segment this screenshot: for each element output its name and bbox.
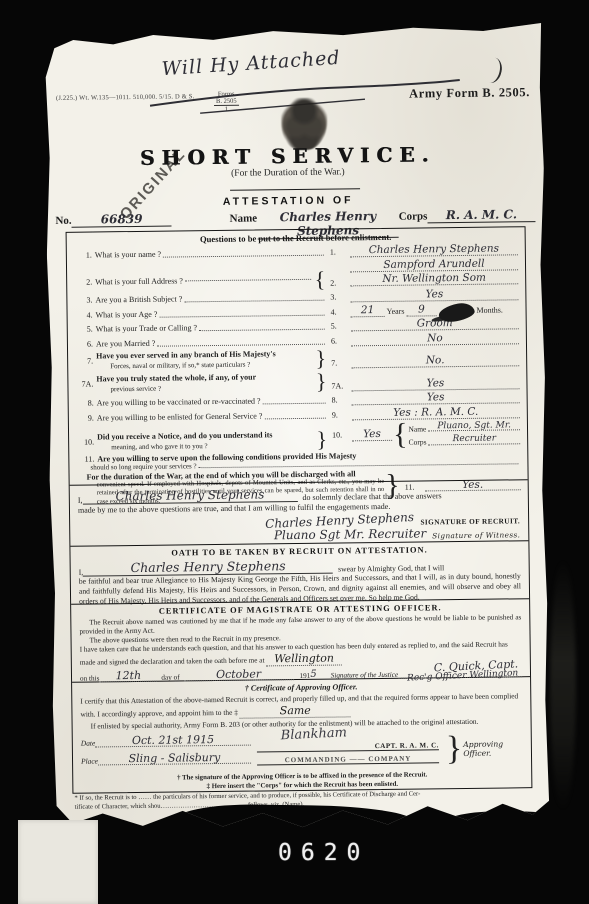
date-place-signature-grid: DateOct. 21st 1915 PlaceSling - Salisbur… <box>81 730 523 771</box>
divider-rule <box>230 188 360 191</box>
question-text: Are you willing to be vaccinated or re-v… <box>97 396 261 408</box>
question-text: Are you willing to be enlisted for Gener… <box>97 411 263 423</box>
declaration-text-1: do solemnly declare that the above answe… <box>297 491 441 502</box>
dotted-leader <box>263 401 326 405</box>
answer-number: 3. <box>326 292 350 302</box>
dotted-leader <box>199 327 325 332</box>
oath-section: OATH TO BE TAKEN BY RECRUIT ON ATTESTATI… <box>70 541 529 605</box>
question-text: What is your full Address ? <box>95 276 183 287</box>
answer-number: 7A. <box>327 381 351 391</box>
question-number: 7. <box>75 356 96 366</box>
answer-number: 1. <box>326 247 350 257</box>
attestation-form-box: Questions to be put to the Recruit befor… <box>66 226 533 794</box>
answer-number: 4. <box>327 307 351 317</box>
handwritten-notice-giver-name: Pluano, Sgt. Mr. <box>437 421 511 431</box>
question-subtext: should so long require your services ? <box>90 462 196 471</box>
approving-officer-signature-block: Blankham CAPT. R. A. M. C. COMMANDING ——… <box>251 731 445 769</box>
question-number: 5. <box>75 324 96 334</box>
corps-sublabel: Corps <box>409 438 429 448</box>
question-text: What is your Trade or Calling ? <box>96 323 197 334</box>
handwritten-approval-date: Oct. 21st 1915 <box>132 734 214 746</box>
question-number: 10. <box>76 437 97 447</box>
question-number: 4. <box>75 310 96 320</box>
handwritten-attestation-place: Wellington <box>266 652 342 667</box>
question-number: 1. <box>74 250 95 260</box>
recruit-signature-label: SIGNATURE OF RECRUIT. <box>414 516 520 526</box>
question-number: 2. <box>74 277 95 287</box>
corps-handwritten: R. A. M. C. <box>427 207 535 223</box>
answer-number: 9. <box>328 410 352 420</box>
brace-glyph: } <box>315 431 328 449</box>
question-text: Have you ever served in any branch of Hi… <box>96 349 276 360</box>
question-number: 3. <box>74 295 95 305</box>
forms-stamp-denominator: 1 <box>214 106 239 113</box>
question-row-10: 10. Did you receive a Notice, and do you… <box>76 420 520 452</box>
handwritten-answer: Yes <box>425 289 443 300</box>
question-row-7a: 7A. Have you truly stated the whole, if … <box>75 369 519 394</box>
handwritten-day: 12th <box>116 670 142 681</box>
handwritten-approval-place: Sling - Salisbury <box>128 752 220 764</box>
paper-tear <box>173 803 413 840</box>
handwritten-answer: Yes <box>427 392 445 403</box>
dotted-leader <box>163 253 324 258</box>
declaration-section: I, Charles Henry Stephens do solemnly de… <box>70 479 529 546</box>
dotted-leader <box>264 415 326 419</box>
question-number: 9. <box>76 413 97 423</box>
handwritten-answer: Nr. Wellington Som <box>382 272 486 284</box>
scanned-document-page: Will Hy Attached (J.225.) Wt. W.135—1011… <box>0 0 589 904</box>
on-this-label: on this <box>80 675 99 683</box>
handwritten-age-months: 9 <box>418 304 425 315</box>
handwritten-answer: No <box>427 333 443 344</box>
handwritten-answer: Charles Henry Stephens <box>369 244 499 256</box>
dotted-leader <box>157 341 325 346</box>
forms-stamp-number: B. 2505 <box>214 98 239 106</box>
question-text: Are you Married ? <box>96 338 155 349</box>
justice-signature-block: C. Quick, Capt. Rec'g Officer Wellington <box>407 660 519 682</box>
day-of-label: day of <box>157 674 183 682</box>
paper-tear <box>438 811 568 843</box>
dotted-leader <box>184 298 324 303</box>
corps-label: Corps <box>399 210 428 222</box>
attestation-form-paper: Will Hy Attached (J.225.) Wt. W.135—1011… <box>43 23 553 835</box>
approving-officer-label: Approving Officer. <box>463 739 523 758</box>
handwritten-answer: Yes <box>363 429 381 440</box>
paper-scrap <box>18 820 98 904</box>
answer-number: 5. <box>327 321 351 331</box>
justice-signature-label: Signature of the Justice <box>317 671 398 680</box>
name-label: Name <box>230 212 258 224</box>
army-form-number: Army Form B. 2505. <box>409 85 530 101</box>
question-row-4: 4.What is your Age ? 4. 21 Years 9 Month… <box>75 303 519 320</box>
handwritten-answer: Yes : R. A. M. C. <box>393 406 478 418</box>
years-label: Years <box>385 306 407 316</box>
answer-number: 10. <box>328 431 352 441</box>
question-row-2: 2.What is your full Address ?{ 2. Sampfo… <box>74 258 518 291</box>
torn-edge-shadow <box>550 560 576 810</box>
royal-crest-icon <box>281 98 328 151</box>
handwritten-answer: No. <box>426 355 445 366</box>
service-number-handwritten: 66839 <box>72 212 172 228</box>
question-text: What is your name ? <box>95 250 161 261</box>
answer-number: 2. <box>326 278 350 288</box>
handwritten-declaration-name: Charles Henry Stephens <box>82 487 297 505</box>
brace-glyph: } <box>314 350 327 368</box>
question-subtext: Forces, naval or military, if so,* state… <box>96 361 250 371</box>
question-row-7: 7. Have you ever served in any branch of… <box>75 346 519 371</box>
microfilm-frame-number: 0620 <box>278 840 369 866</box>
question-subtext: previous service ? <box>96 384 161 393</box>
approving-officer-signature-handwritten: Blankham <box>280 725 347 743</box>
handwritten-appointment: Same <box>240 703 351 718</box>
answer-number: 7. <box>327 358 351 368</box>
approving-officer-section: † Certificate of Approving Officer. I ce… <box>72 677 531 793</box>
question-number: 7A. <box>75 379 96 389</box>
handwritten-age-years: 21 <box>361 305 375 316</box>
answer-number: 6. <box>327 336 351 346</box>
question-number: 11. <box>76 455 97 464</box>
months-label: Months. <box>474 305 505 315</box>
place-label: Place <box>81 756 98 765</box>
question-text: Have you truly stated the whole, if any,… <box>96 372 256 383</box>
forms-stamp: Forms B. 2505 1 <box>214 91 239 114</box>
witness-signature-label: Signature of Witness. <box>426 530 520 540</box>
answer-number: 8. <box>328 395 352 405</box>
question-number: 8. <box>76 398 97 408</box>
magistrate-certificate-section: CERTIFICATE OF MAGISTRATE OR ATTESTING O… <box>71 599 530 683</box>
date-label: Date <box>81 738 95 747</box>
brace-glyph: } <box>315 372 328 390</box>
questions-section: Questions to be put to the Recruit befor… <box>67 227 528 485</box>
question-subtext: meaning, and who gave it to you ? <box>97 442 208 451</box>
year-printed: 191 <box>294 672 311 680</box>
commanding-line: COMMANDING —— COMPANY <box>257 754 439 765</box>
handwritten-month: October <box>216 669 261 681</box>
question-text: What is your Age ? <box>96 309 158 320</box>
dotted-leader <box>185 277 312 282</box>
name-sublabel: Name <box>408 424 428 434</box>
brace-glyph: { <box>392 423 409 447</box>
brace-glyph: { <box>314 271 327 289</box>
question-number: 6. <box>75 339 96 349</box>
handwritten-answer: Yes <box>427 378 445 389</box>
handwritten-notice-giver-corps: Recruiter <box>453 435 496 445</box>
question-text: Are you a British Subject ? <box>95 294 182 305</box>
no-label: No. <box>55 215 71 227</box>
brace-glyph: } <box>445 735 464 762</box>
question-text: Did you receive a Notice, and do you und… <box>97 430 273 441</box>
pen-mark <box>483 56 505 85</box>
dotted-leader <box>159 312 324 317</box>
handwritten-answer: Sampford Arundell <box>383 258 484 270</box>
